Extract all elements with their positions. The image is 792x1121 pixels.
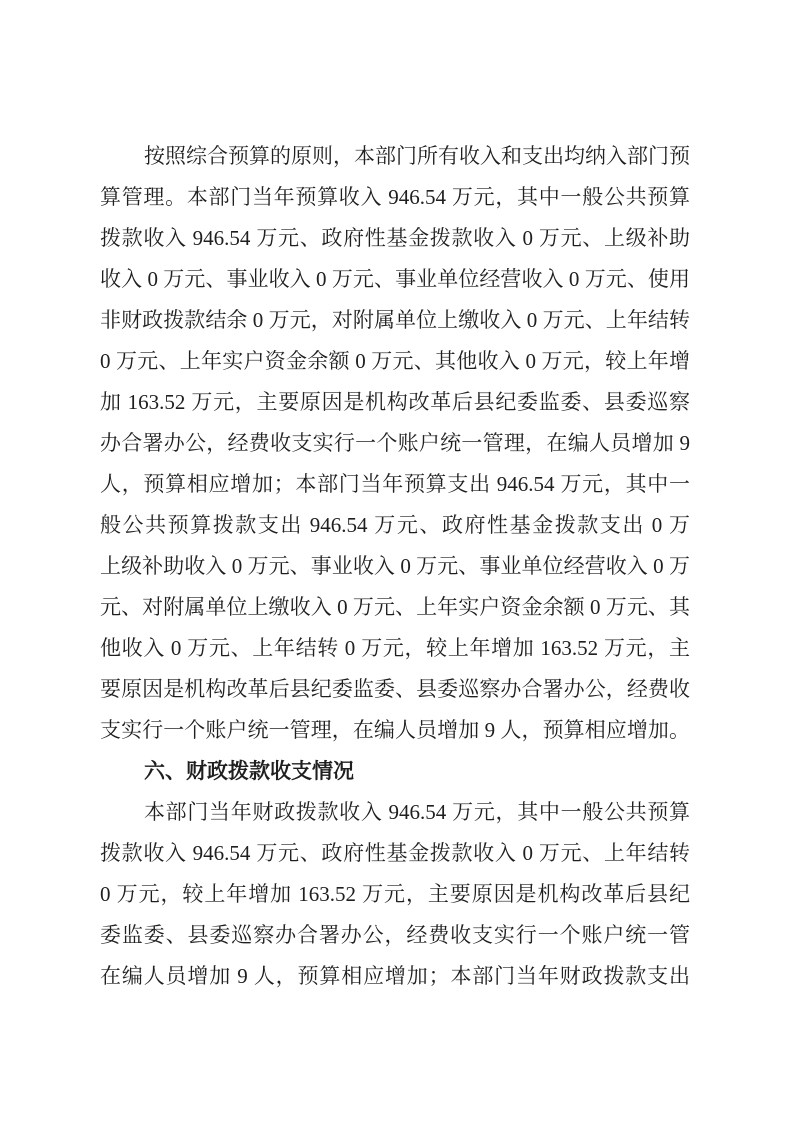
text-line: 本部门当年财政拨款收入 946.54 万元，其中一般公共预算 <box>100 792 690 833</box>
text-line: 0 万元、上年实户资金余额 0 万元、其他收入 0 万元，较上年增 <box>100 341 690 382</box>
text-line: 收入 0 万元、事业收入 0 万元、事业单位经营收入 0 万元、使用 <box>100 259 690 300</box>
text-line: 非财政拨款结余 0 万元，对附属单位上缴收入 0 万元、上年结转 <box>100 300 690 341</box>
text-line: 要原因是机构改革后县纪委监委、县委巡察办合署办公，经费收 <box>100 669 690 710</box>
text-line: 上级补助收入 0 万元、事业收入 0 万元、事业单位经营收入 0 万 <box>100 546 690 587</box>
text-line: 在编人员增加 9 人，预算相应增加；本部门当年财政拨款支出 <box>100 956 690 997</box>
fiscal-appropriation-paragraph: 本部门当年财政拨款收入 946.54 万元，其中一般公共预算 拨款收入 946.… <box>100 792 690 997</box>
text-line: 办合署办公，经费收支实行一个账户统一管理，在编人员增加 9 <box>100 423 690 464</box>
text-line: 般公共预算拨款支出 946.54 万元、政府性基金拨款支出 0 万元、 <box>100 505 690 546</box>
text-line: 算管理。本部门当年预算收入 946.54 万元，其中一般公共预算 <box>100 177 690 218</box>
text-line: 拨款收入 946.54 万元、政府性基金拨款收入 0 万元、上年结转 <box>100 833 690 874</box>
section-heading: 六、财政拨款收支情况 <box>100 751 690 792</box>
text-line: 元、对附属单位上缴收入 0 万元、上年实户资金余额 0 万元、其 <box>100 587 690 628</box>
document-page: 按照综合预算的原则，本部门所有收入和支出均纳入部门预 算管理。本部门当年预算收入… <box>0 0 792 1121</box>
text-line: 加 163.52 万元，主要原因是机构改革后县纪委监委、县委巡察 <box>100 382 690 423</box>
text-line: 支实行一个账户统一管理，在编人员增加 9 人，预算相应增加。 <box>100 710 690 751</box>
text-line: 按照综合预算的原则，本部门所有收入和支出均纳入部门预 <box>100 136 690 177</box>
text-line: 0 万元，较上年增加 163.52 万元，主要原因是机构改革后县纪 <box>100 874 690 915</box>
text-line: 拨款收入 946.54 万元、政府性基金拨款收入 0 万元、上级补助 <box>100 218 690 259</box>
text-line: 人，预算相应增加；本部门当年预算支出 946.54 万元，其中一 <box>100 464 690 505</box>
text-line: 委监委、县委巡察办合署办公，经费收支实行一个账户统一管理， <box>100 915 690 956</box>
budget-overview-paragraph: 按照综合预算的原则，本部门所有收入和支出均纳入部门预 算管理。本部门当年预算收入… <box>100 136 690 751</box>
text-line: 他收入 0 万元、上年结转 0 万元，较上年增加 163.52 万元，主 <box>100 628 690 669</box>
